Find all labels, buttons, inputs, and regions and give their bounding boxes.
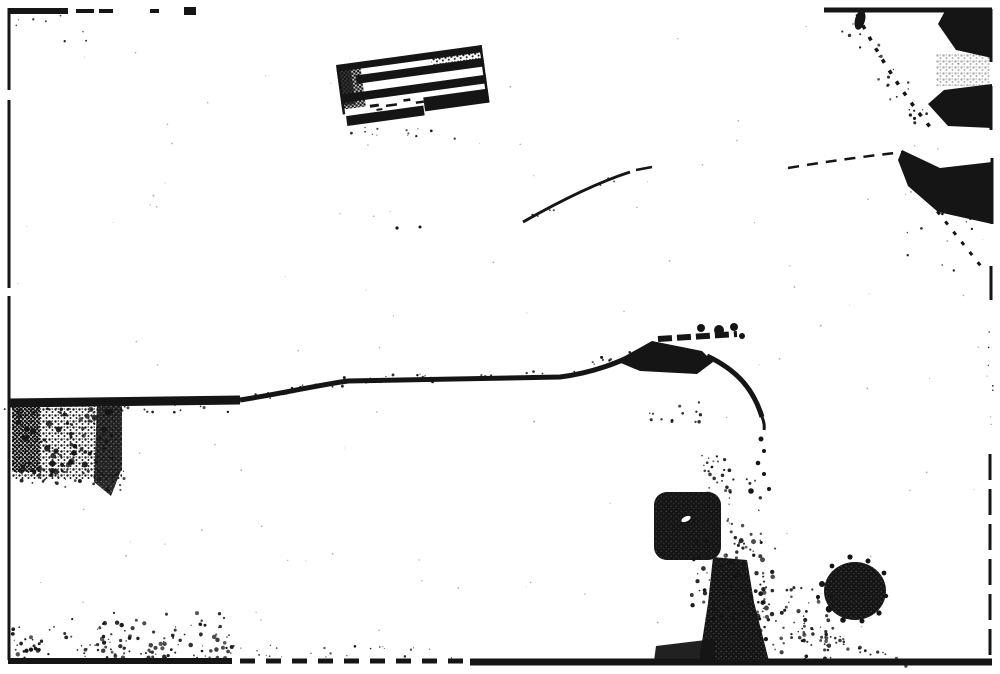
support-clamp-block	[654, 492, 721, 560]
under-support-shadow	[654, 557, 769, 661]
halftone-photo	[0, 0, 1000, 674]
shoulder-curve-dash	[636, 167, 652, 170]
wedge-texture	[936, 54, 990, 86]
hair-drip-2	[956, 12, 970, 32]
hair-wedge-2	[928, 84, 992, 128]
arm-underline-thick	[8, 400, 240, 403]
border-top-blotch	[184, 7, 196, 15]
elbow-dot-trail	[748, 437, 771, 494]
elbow-curve-tip	[762, 417, 764, 430]
armrest-pad-block	[12, 404, 122, 496]
hairline-dotted	[857, 14, 931, 128]
neck-contour-line	[788, 152, 904, 168]
jaw-shadow-mass	[898, 150, 992, 224]
arm-underline-rise	[240, 351, 642, 400]
chin-hair-shadow	[788, 9, 992, 270]
shadow-ledge	[654, 639, 716, 661]
elbow-upper-ragged-line	[658, 334, 737, 339]
pad-right-edge-holes	[94, 404, 122, 496]
elbow-crease-wedge	[616, 341, 713, 374]
arm-underside-contour	[8, 323, 771, 494]
skin-dot-1	[395, 226, 398, 229]
elbow-descending-curve	[707, 356, 762, 417]
skin-dot-2	[419, 226, 422, 229]
marker-texture	[824, 562, 886, 620]
specimen-label-card	[336, 45, 490, 128]
shoulder-contour-line	[395, 167, 652, 230]
clamp-texture	[654, 492, 721, 560]
photo-artwork	[0, 0, 1000, 674]
shoulder-curve	[523, 172, 630, 222]
